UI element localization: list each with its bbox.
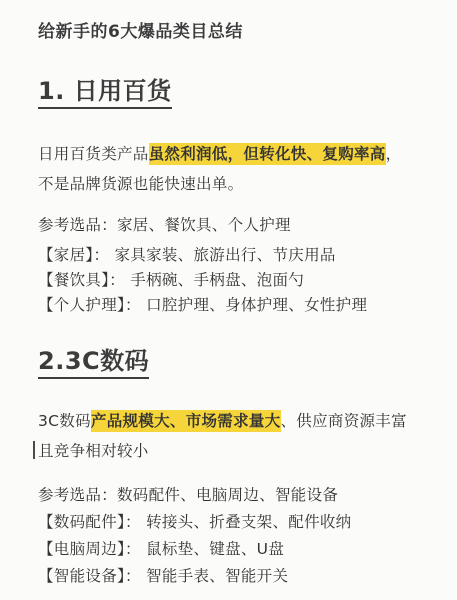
- list-item-digital-accessories: 【数码配件】： 转接头、折叠支架、配件收纳: [38, 509, 435, 536]
- list-item-smart-devices: 【智能设备】： 智能手表、智能开关: [38, 563, 435, 590]
- section-2-heading-text: 2.3C数码: [38, 347, 149, 379]
- section-1-reference-list: 参考选品：家居、餐饮具、个人护理 【家居】： 家具家装、旅游出行、节庆用品 【餐…: [38, 213, 435, 318]
- section-1-intro-comma: ，: [386, 145, 402, 163]
- section-2-highlighted-text: 产品规模大、市场需求量大: [91, 410, 281, 432]
- section-2-heading: 2.3C数码: [38, 348, 435, 375]
- section-2-reference-list: 参考选品：数码配件、电脑周边、智能设备 【数码配件】： 转接头、折叠支架、配件收…: [38, 482, 435, 590]
- section-2-ref-label: 参考选品：数码配件、电脑周边、智能设备: [38, 482, 435, 509]
- section-2-intro-line2: 且竞争相对较小: [38, 442, 149, 460]
- list-item-personal-care: 【个人护理】： 口腔护理、身体护理、女性护理: [38, 293, 435, 318]
- document-title: 给新手的6大爆品类目总结: [38, 22, 435, 42]
- document-page[interactable]: 给新手的6大爆品类目总结 1. 日用百货 日用百货类产品虽然利润低，但转化快、复…: [0, 0, 457, 600]
- text-cursor[interactable]: [33, 441, 35, 459]
- section-1-ref-label: 参考选品：家居、餐饮具、个人护理: [38, 213, 435, 238]
- section-1-intro-line2: 不是品牌货源也能快速出单。: [38, 175, 243, 193]
- section-1-heading-text: 1. 日用百货: [38, 77, 172, 109]
- section-2-intro-text: 3C数码: [38, 412, 91, 430]
- list-item-tableware: 【餐饮具】： 手柄碗、手柄盘、泡面勺: [38, 268, 435, 293]
- section-2-intro-paragraph: 3C数码产品规模大、市场需求量大、供应商资源丰富且竞争相对较小: [38, 406, 435, 466]
- list-item-home: 【家居】： 家具家装、旅游出行、节庆用品: [38, 243, 435, 268]
- section-1-highlighted-text: 虽然利润低，但转化快、复购率高: [149, 143, 386, 165]
- section-daily-goods: 1. 日用百货 日用百货类产品虽然利润低，但转化快、复购率高，不是品牌货源也能快…: [38, 78, 435, 318]
- section-1-heading: 1. 日用百货: [38, 78, 435, 105]
- section-1-intro-text: 日用百货类产品: [38, 145, 149, 163]
- section-3c-digital: 2.3C数码 3C数码产品规模大、市场需求量大、供应商资源丰富且竞争相对较小 参…: [38, 348, 435, 590]
- section-1-intro-paragraph: 日用百货类产品虽然利润低，但转化快、复购率高，不是品牌货源也能快速出单。: [38, 139, 435, 199]
- list-item-computer-peripherals: 【电脑周边】： 鼠标垫、键盘、U盘: [38, 536, 435, 563]
- section-2-intro-tail: 、供应商资源丰富: [281, 412, 407, 430]
